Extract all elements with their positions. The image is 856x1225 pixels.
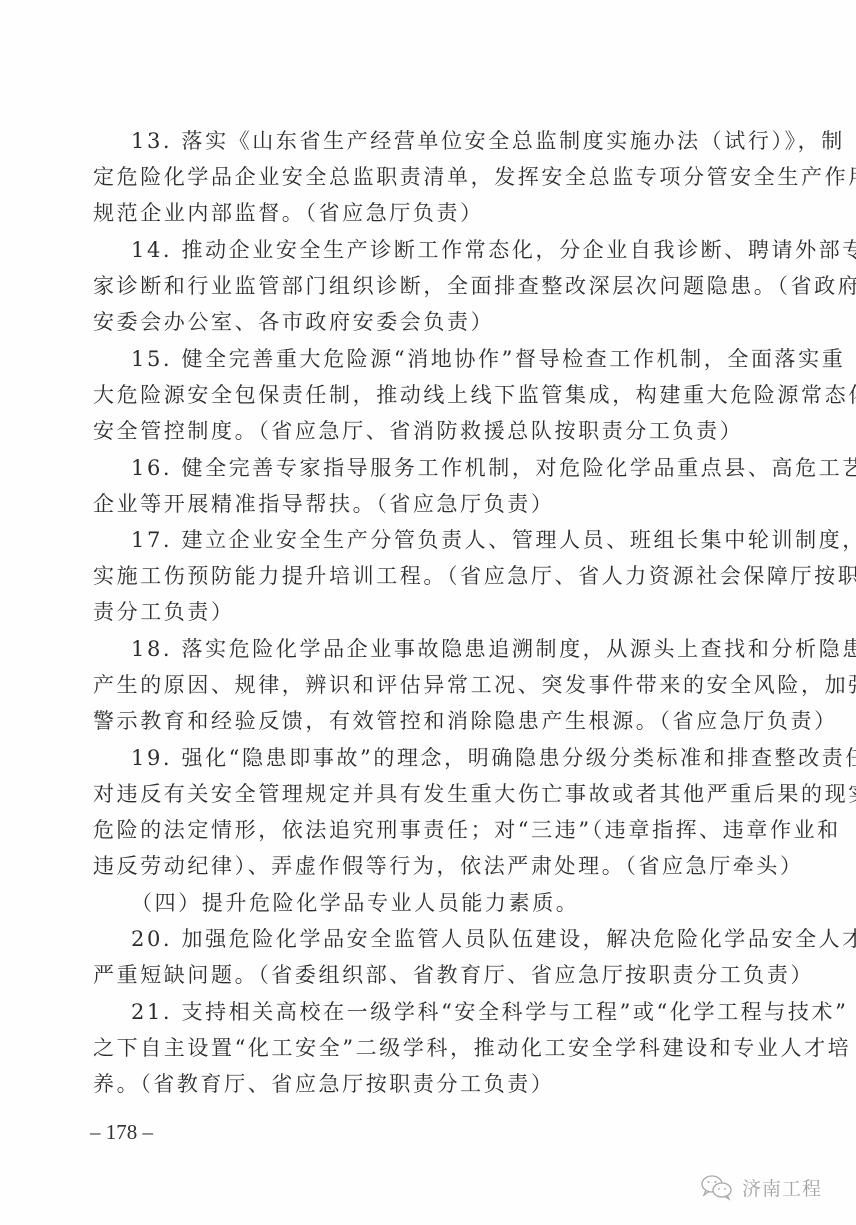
item-15-line-1: 15. 健全完善重大危险源“消地协作”督导检查工作机制，全面落实重 [131, 341, 755, 377]
item-14-line-1: 14. 推动企业安全生产诊断工作常态化，分企业自我诊断、聘请外部专 [131, 232, 755, 268]
item-19-line-4: 违反劳动纪律）、弄虚作假等行为，依法严肃处理。（省应急厅牵头） [93, 848, 755, 884]
item-19-line-3: 危险的法定情形，依法追究刑事责任；对“三违”（违章指挥、违章作业和 [93, 812, 755, 848]
item-19-line-1: 19. 强化“隐患即事故”的理念，明确隐患分级分类标准和排查整改责任。 [131, 740, 755, 776]
item-15-line-3: 安全管控制度。（省应急厅、省消防救援总队按职责分工负责） [93, 413, 755, 449]
item-13-line-2: 定危险化学品企业安全总监职责清单，发挥安全总监专项分管安全生产作用， [93, 159, 755, 195]
item-17-line-3: 责分工负责） [93, 594, 755, 630]
item-14-line-2: 家诊断和行业监管部门组织诊断，全面排查整改深层次问题隐患。（省政府 [93, 268, 755, 304]
item-18-line-3: 警示教育和经验反馈，有效管控和消除隐患产生根源。（省应急厅负责） [93, 703, 755, 739]
watermark-label: 济南工程 [742, 1174, 822, 1201]
item-17-line-1: 17. 建立企业安全生产分管负责人、管理人员、班组长集中轮训制度， [131, 522, 755, 558]
section-heading-4: （四）提升危险化学品专业人员能力素质。 [131, 885, 531, 921]
item-13-line-1: 13. 落实《山东省生产经营单位安全总监制度实施办法（试行）》，制 [131, 123, 755, 159]
item-17-line-2: 实施工伤预防能力提升培训工程。（省应急厅、省人力资源社会保障厅按职 [93, 558, 755, 594]
watermark: 济南工程 [700, 1172, 822, 1202]
item-20-line-2: 严重短缺问题。（省委组织部、省教育厅、省应急厅按职责分工负责） [93, 957, 755, 993]
item-21-line-3: 养。（省教育厅、省应急厅按职责分工负责） [93, 1066, 755, 1102]
item-16-line-2: 企业等开展精准指导帮扶。（省应急厅负责） [93, 486, 755, 522]
item-14-line-3: 安委会办公室、各市政府安委会负责） [93, 304, 755, 340]
item-21-line-2: 之下自主设置“化工安全”二级学科，推动化工安全学科建设和专业人才培 [93, 1030, 755, 1066]
page-number: – 178 – [90, 1120, 153, 1145]
item-20-line-1: 20. 加强危险化学品安全监管人员队伍建设，解决危险化学品安全人才 [131, 921, 755, 957]
item-18-line-2: 产生的原因、规律，辨识和评估异常工况、突发事件带来的安全风险，加强 [93, 667, 755, 703]
item-18-line-1: 18. 落实危险化学品企业事故隐患追溯制度，从源头上查找和分析隐患 [131, 631, 755, 667]
item-13-line-3: 规范企业内部监督。（省应急厅负责） [93, 195, 755, 231]
document-page: 13. 落实《山东省生产经营单位安全总监制度实施办法（试行）》，制 定危险化学品… [0, 0, 856, 1225]
item-16-line-1: 16. 健全完善专家指导服务工作机制，对危险化学品重点县、高危工艺 [131, 450, 755, 486]
wechat-icon [700, 1173, 734, 1201]
item-15-line-2: 大危险源安全包保责任制，推动线上线下监管集成，构建重大危险源常态化 [93, 377, 755, 413]
item-21-line-1: 21. 支持相关高校在一级学科“安全科学与工程”或“化学工程与技术” [131, 994, 755, 1030]
item-19-line-2: 对违反有关安全管理规定并具有发生重大伤亡事故或者其他严重后果的现实 [93, 776, 755, 812]
